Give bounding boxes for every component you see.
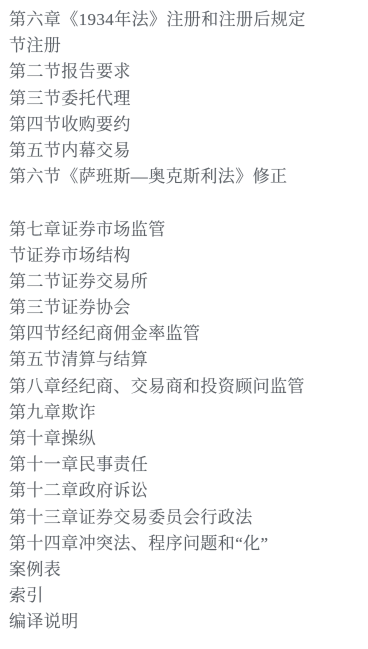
toc-line-chapter9: 第九章欺诈 — [9, 400, 360, 426]
toc-line-section: 第二节报告要求 — [9, 59, 360, 85]
toc-line-section: 第三节委托代理 — [9, 86, 360, 112]
toc-line-section: 第三节证券协会 — [9, 295, 360, 321]
document-page: 第六章《1934年法》注册和注册后规定 节注册 第二节报告要求 第三节委托代理 … — [0, 0, 368, 649]
toc-line-case-table: 案例表 — [9, 557, 360, 583]
toc-line-index: 索引 — [9, 583, 360, 609]
toc-line-chapter14: 第十四章冲突法、程序问题和“化” — [9, 531, 360, 557]
toc-line-chapter13: 第十三章证券交易委员会行政法 — [9, 505, 360, 531]
toc-line-editors-note: 编译说明 — [9, 609, 360, 635]
toc-line-section: 节证券市场结构 — [9, 243, 360, 269]
toc-line-chapter6: 第六章《1934年法》注册和注册后规定 — [9, 7, 360, 33]
toc-line-section: 第四节收购要约 — [9, 112, 360, 138]
toc-line-section: 第六节《萨班斯—奥克斯利法》修正 — [9, 164, 360, 190]
toc-line-chapter7: 第七章证券市场监管 — [9, 217, 360, 243]
toc-line-chapter8: 第八章经纪商、交易商和投资顾问监管 — [9, 374, 360, 400]
toc-line-section: 第二节证券交易所 — [9, 269, 360, 295]
toc-line-chapter12: 第十二章政府诉讼 — [9, 478, 360, 504]
toc-line-section: 节注册 — [9, 33, 360, 59]
toc-line-section: 第五节清算与结算 — [9, 347, 360, 373]
toc-line-chapter11: 第十一章民事责任 — [9, 452, 360, 478]
toc-line-section: 第四节经纪商佣金率监管 — [9, 321, 360, 347]
blank-line — [9, 190, 360, 216]
table-of-contents: 第六章《1934年法》注册和注册后规定 节注册 第二节报告要求 第三节委托代理 … — [9, 7, 360, 636]
toc-line-chapter10: 第十章操纵 — [9, 426, 360, 452]
toc-line-section: 第五节内幕交易 — [9, 138, 360, 164]
